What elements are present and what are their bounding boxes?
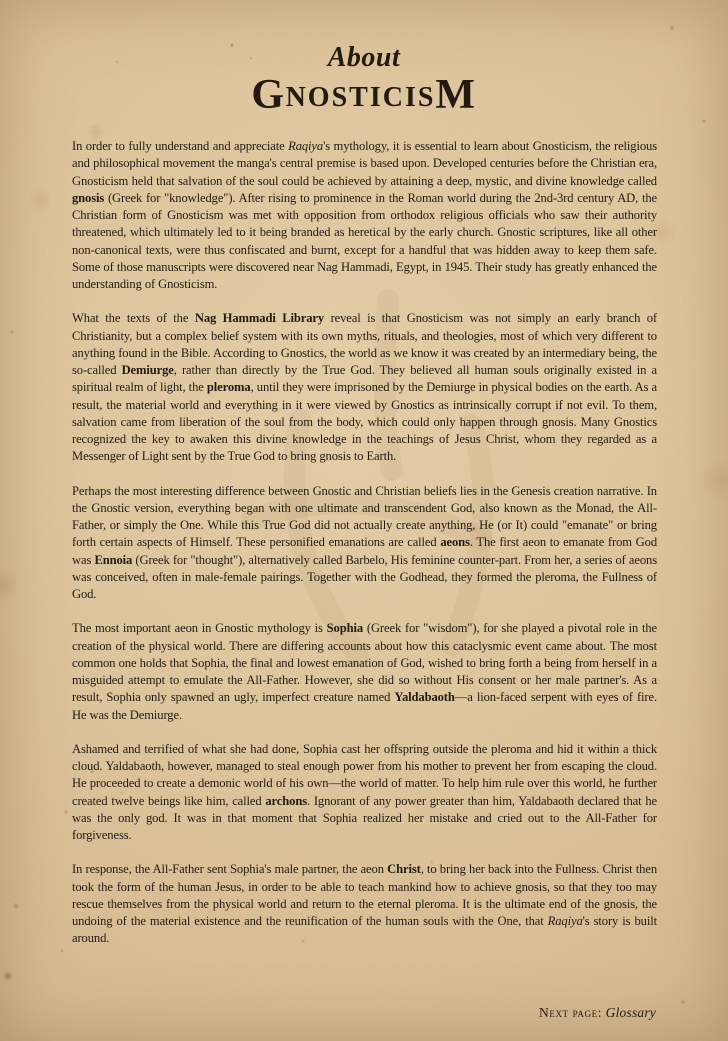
title-gnosticism: GnosticisM (0, 74, 728, 116)
paragraph-yaldabaoth: Ashamed and terrified of what she had do… (72, 741, 657, 845)
paragraph-sophia: The most important aeon in Gnostic mytho… (72, 620, 657, 724)
next-page-title: Glossary (606, 1005, 656, 1020)
paragraph-genesis: Perhaps the most interesting difference … (72, 483, 657, 604)
paragraph-nag-hammadi: What the texts of the Nag Hammadi Librar… (72, 310, 657, 465)
paragraph-intro: In order to fully understand and appreci… (72, 138, 657, 293)
title-about: About (0, 44, 728, 72)
article-body: In order to fully understand and appreci… (72, 138, 657, 965)
title-lead-letter: G (251, 72, 285, 118)
next-page-note: Next page: Glossary (539, 1005, 656, 1021)
paragraph-christ: In response, the All-Father sent Sophia'… (72, 861, 657, 947)
next-page-label: Next page: (539, 1005, 602, 1020)
page-title: About GnosticisM (0, 44, 728, 116)
manga-info-page: About GnosticisM In order to fully under… (0, 0, 728, 1041)
title-body-letters: nosticis (286, 82, 436, 113)
title-tail-letter: M (435, 72, 476, 118)
